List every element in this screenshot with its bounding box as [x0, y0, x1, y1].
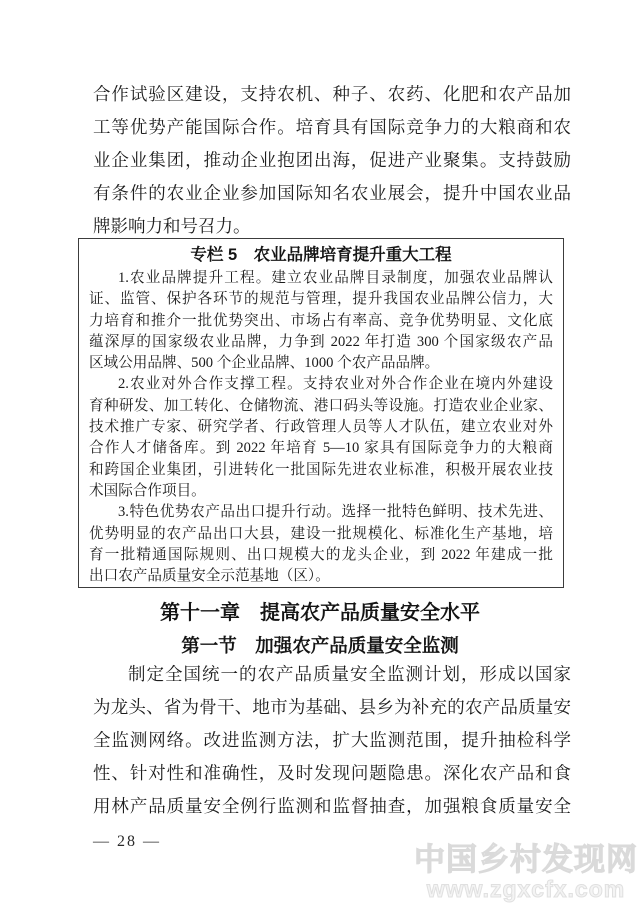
text-line: 2.农业对外合作支撑工程。支持农业对外合作企业在境内外建设	[89, 374, 553, 395]
page-number: — 28 —	[93, 833, 161, 851]
intro-paragraph: 合作试验区建设，支持农机、种子、农药、化肥和农产品加 工等优势产能国际合作。培育…	[93, 78, 571, 243]
chapter-heading: 第十一章 提高农产品质量安全水平	[0, 596, 640, 625]
section-heading: 第一节 加强农产品质量安全监测	[0, 632, 640, 658]
text-line: 1.农业品牌提升工程。建立农业品牌目录制度，加强农业品牌认	[89, 268, 553, 289]
text-line: 出口农产品质量安全示范基地（区）。	[89, 566, 553, 587]
watermark-site-name: 中国乡村发现网	[414, 844, 638, 877]
text-line: 力培育和推介一批优势突出、市场占有率高、竞争优势明显、文化底	[89, 311, 553, 332]
watermark: 中国乡村发现网 www.zgxcfx.com	[414, 844, 638, 901]
text-line: 性、针对性和准确性，及时发现问题隐患。深化农产品和食	[93, 757, 571, 790]
text-line: 和跨国企业集团，引进转化一批国际先进农业标准，积极开展农业技	[89, 460, 553, 481]
text-line: 合作试验区建设，支持农机、种子、农药、化肥和农产品加	[93, 78, 571, 111]
text-line: 有条件的农业企业参加国际知名农业展会，提升中国农业品	[93, 177, 571, 210]
text-line: 合作人才储备库。到 2022 年培育 5—10 家具有国际竞争力的大粮商	[89, 438, 553, 459]
feature-box-title: 专栏 5 农业品牌培育提升重大工程	[89, 242, 553, 268]
box-paragraph-2: 2.农业对外合作支撑工程。支持农业对外合作企业在境内外建设 育种研发、加工转化、…	[89, 374, 553, 502]
text-line: 证、监管、保护各环节的规范与管理，提升我国农业品牌公信力，大	[89, 289, 553, 310]
box-paragraph-3: 3.特色优势农产品出口提升行动。选择一批特色鲜明、技术先进、 优势明显的农产品出…	[89, 502, 553, 587]
text-line: 为龙头、省为骨干、地市为基础、县乡为补充的农产品质量安	[93, 691, 571, 724]
text-line: 技术推广专家、研究学者、行政管理人员等人才队伍，建立农业对外	[89, 417, 553, 438]
text-line: 全监测网络。改进监测方法，扩大监测范围，提升抽检科学	[93, 724, 571, 757]
text-line: 业企业集团，推动企业抱团出海，促进产业聚集。支持鼓励	[93, 144, 571, 177]
text-line: 育种研发、加工转化、仓储物流、港口码头等设施。打造农业企业家、	[89, 396, 553, 417]
text-line: 区域公用品牌、500 个企业品牌、1000 个农产品品牌。	[89, 353, 553, 374]
box-paragraph-1: 1.农业品牌提升工程。建立农业品牌目录制度，加强农业品牌认 证、监管、保护各环节…	[89, 268, 553, 374]
feature-box-column5: 专栏 5 农业品牌培育提升重大工程 1.农业品牌提升工程。建立农业品牌目录制度，…	[78, 238, 564, 588]
watermark-site-url: www.zgxcfx.com	[414, 877, 638, 901]
text-line: 工等优势产能国际合作。培育具有国际竞争力的大粮商和农	[93, 111, 571, 144]
text-line: 用林产品质量安全例行监测和监督抽查，加强粮食质量安全	[93, 790, 571, 823]
text-line: 优势明显的农产品出口大县，建设一批规模化、标准化生产基地，培	[89, 524, 553, 545]
text-line: 蕴深厚的国家级农业品牌，力争到 2022 年打造 300 个国家级农产品	[89, 332, 553, 353]
text-line: 术国际合作项目。	[89, 481, 553, 502]
body-paragraph: 制定全国统一的农产品质量安全监测计划，形成以国家 为龙头、省为骨干、地市为基础、…	[93, 658, 571, 823]
text-line: 制定全国统一的农产品质量安全监测计划，形成以国家	[93, 658, 571, 691]
document-page: 合作试验区建设，支持农机、种子、农药、化肥和农产品加 工等优势产能国际合作。培育…	[0, 0, 640, 905]
text-line: 3.特色优势农产品出口提升行动。选择一批特色鲜明、技术先进、	[89, 502, 553, 523]
text-line: 育一批精通国际规则、出口规模大的龙头企业，到 2022 年建成一批	[89, 545, 553, 566]
